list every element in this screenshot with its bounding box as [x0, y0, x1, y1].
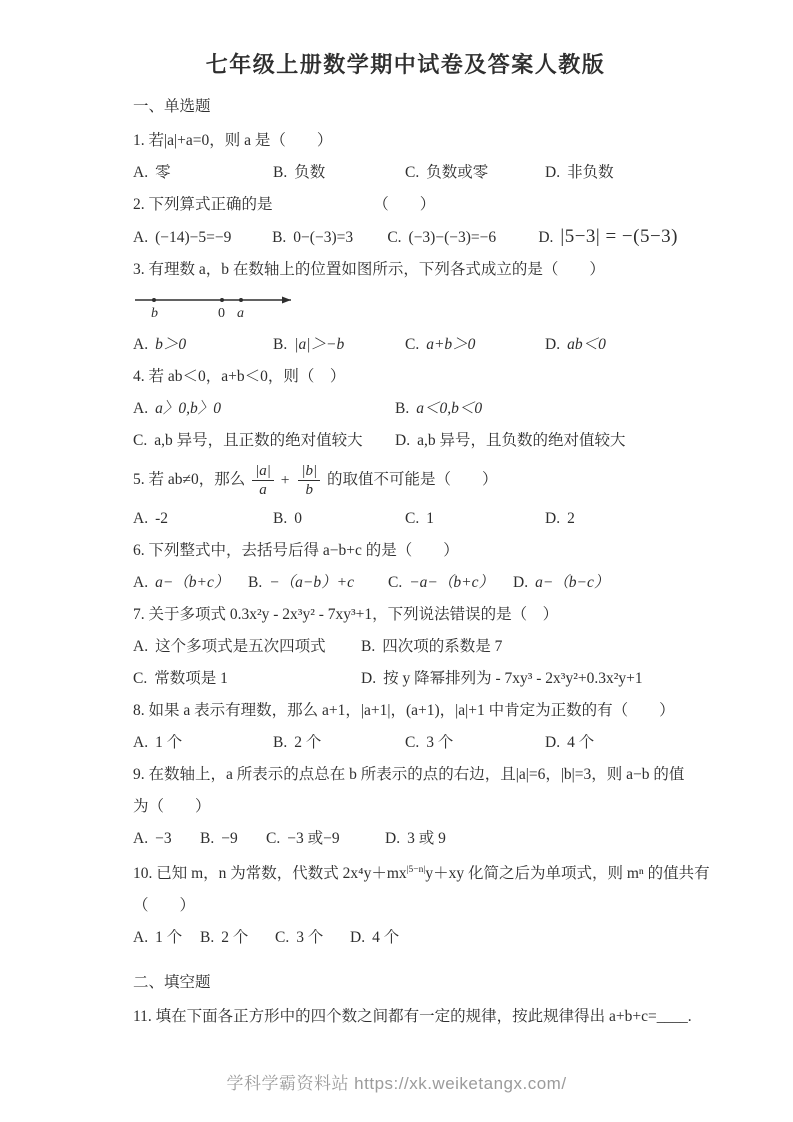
question-10-option-b: B.2 个: [200, 927, 275, 948]
question-10-option-c: C.3 个: [275, 927, 350, 948]
question-5-stem: 5. 若 ab≠0，那么 |a|a + |b|b 的取值不可能是（ ）: [133, 462, 678, 499]
question-10-options: A.1 个 B.2 个 C.3 个 D.4 个: [133, 927, 678, 948]
question-3-option-d: D.ab＜0: [545, 334, 606, 355]
question-7-option-c: C.常数项是 1: [133, 668, 361, 689]
question-3-stem: 3. 有理数 a，b 在数轴上的位置如图所示，下列各式成立的是（ ）: [133, 259, 678, 280]
question-1-option-b: B.负数: [273, 162, 405, 183]
question-5-stem-post: 的取值不可能是（ ）: [327, 471, 498, 488]
question-7-option-d: D.按 y 降幂排列为 - 7xy³ - 2x³y²+0.3x²y+1: [361, 668, 643, 689]
question-5-option-c: C.1: [405, 508, 545, 529]
question-6-option-d: D.a−（b−c）: [513, 572, 609, 593]
number-line-svg: b 0 a: [133, 291, 303, 321]
question-10-option-d: D.4 个: [350, 927, 399, 948]
exam-paper-page: 七年级上册数学期中试卷及答案人教版 一、单选题 1. 若|a|+a=0，则 a …: [0, 0, 793, 1122]
section-heading-single-choice: 一、单选题: [133, 96, 678, 117]
question-4-option-c: C.a,b 异号，且正数的绝对值较大: [133, 430, 395, 451]
question-2-option-c: C.(−3)−(−3)=−6: [387, 227, 538, 248]
question-6-options: A.a−（b+c） B.−（a−b）+c C.−a−（b+c） D.a−（b−c…: [133, 572, 678, 593]
question-1-options: A.零 B.负数 C.负数或零 D.非负数: [133, 162, 678, 183]
number-line-figure: b 0 a: [133, 291, 678, 321]
question-10-exponent: |5−n|: [407, 865, 426, 875]
question-10-stem-line-1: 10. 已知 m，n 为常数，代数式 2x⁴y＋mx|5−n|y＋xy 化简之后…: [133, 860, 678, 884]
question-10-stem-line-2: （ ）: [133, 895, 678, 916]
question-1-stem: 1. 若|a|+a=0，则 a 是（ ）: [133, 130, 678, 151]
question-2-stem: 2. 下列算式正确的是 （ ）: [133, 194, 678, 215]
question-10-option-a: A.1 个: [133, 927, 200, 948]
question-5-options: A.-2 B.0 C.1 D.2: [133, 508, 678, 529]
question-6-option-b: B.−（a−b）+c: [248, 572, 388, 593]
page-title: 七年级上册数学期中试卷及答案人教版: [133, 50, 678, 80]
number-line-label-b: b: [151, 306, 158, 321]
page-footer: 学科学霸资料站 https://xk.weiketangx.com/: [0, 1069, 793, 1094]
question-8-option-d: D.4 个: [545, 732, 594, 753]
question-10-stem-post: y＋xy 化简之后为单项式，则 mⁿ 的值共有: [425, 865, 709, 882]
question-3-options: A.b＞0 B.|a|＞−b C.a+b＞0 D.ab＜0: [133, 334, 678, 355]
paper-content: 七年级上册数学期中试卷及答案人教版 一、单选题 1. 若|a|+a=0，则 a …: [0, 0, 793, 1027]
question-9-option-b: B.−9: [200, 828, 266, 849]
question-8-option-c: C.3 个: [405, 732, 545, 753]
question-7-options-row-2: C.常数项是 1 D.按 y 降幂排列为 - 7xy³ - 2x³y²+0.3x…: [133, 668, 678, 689]
question-2-options: A.(−14)−5=−9 B.0−(−3)=3 C.(−3)−(−3)=−6 D…: [133, 226, 678, 248]
question-5-option-b: B.0: [273, 508, 405, 529]
question-3-option-b: B.|a|＞−b: [273, 334, 405, 355]
question-2-option-b: B.0−(−3)=3: [272, 227, 387, 248]
question-5-option-d: D.2: [545, 508, 575, 529]
question-6-option-a: A.a−（b+c）: [133, 572, 248, 593]
question-4-option-a: A.a〉0,b〉0: [133, 398, 395, 419]
section-heading-fill-in-blank: 二、填空题: [133, 972, 678, 993]
question-8-option-a: A.1 个: [133, 732, 273, 753]
question-6-stem: 6. 下列整式中，去括号后得 a−b+c 的是（ ）: [133, 540, 678, 561]
number-line-arrow: [282, 297, 291, 304]
question-7-stem: 7. 关于多项式 0.3x²y - 2x³y² - 7xy³+1，下列说法错误的…: [133, 604, 678, 625]
question-8-options: A.1 个 B.2 个 C.3 个 D.4 个: [133, 732, 678, 753]
question-5-option-a: A.-2: [133, 508, 273, 529]
number-line-label-a: a: [237, 306, 244, 321]
question-8-stem: 8. 如果 a 表示有理数，那么 a+1，|a+1|，(a+1)，|a|+1 中…: [133, 700, 678, 721]
question-1-option-c: C.负数或零: [405, 162, 545, 183]
question-11-stem: 11. 填在下面各正方形中的四个数之间都有一定的规律，按此规律得出 a+b+c=…: [133, 1006, 678, 1027]
question-8-option-b: B.2 个: [273, 732, 405, 753]
question-1-option-a: A.零: [133, 162, 273, 183]
question-4-options-row-2: C.a,b 异号，且正数的绝对值较大 D.a,b 异号，且负数的绝对值较大: [133, 430, 678, 451]
plus-sign: +: [281, 472, 290, 489]
question-9-stem-line-2: 为（ ）: [133, 796, 678, 817]
question-4-stem: 4. 若 ab＜0，a+b＜0，则（ ）: [133, 366, 678, 387]
question-9-option-a: A.−3: [133, 828, 200, 849]
question-7-option-b: B.四次项的系数是 7: [361, 636, 502, 657]
question-9-options: A.−3 B.−9 C.−3 或−9 D.3 或 9: [133, 828, 678, 849]
question-7-options-row-1: A.这个多项式是五次四项式 B.四次项的系数是 7: [133, 636, 678, 657]
question-4-option-d: D.a,b 异号，且负数的绝对值较大: [395, 430, 625, 451]
question-3-option-c: C.a+b＞0: [405, 334, 545, 355]
question-2-option-d: D.|5−3| = −(5−3): [538, 226, 678, 248]
question-1-option-d: D.非负数: [545, 162, 614, 183]
question-2-option-a: A.(−14)−5=−9: [133, 227, 272, 248]
question-9-option-d: D.3 或 9: [385, 828, 446, 849]
question-4-options-row-1: A.a〉0,b〉0 B.a＜0,b＜0: [133, 398, 678, 419]
fraction-abs-b-over-b: |b|b: [298, 462, 320, 499]
question-7-option-a: A.这个多项式是五次四项式: [133, 636, 361, 657]
question-9-option-c: C.−3 或−9: [266, 828, 385, 849]
question-3-option-a: A.b＞0: [133, 334, 273, 355]
question-9-stem-line-1: 9. 在数轴上，a 所表示的点总在 b 所表示的点的右边，且|a|=6，|b|=…: [133, 764, 678, 785]
fraction-abs-a-over-a: |a|a: [252, 462, 274, 499]
question-4-option-b: B.a＜0,b＜0: [395, 398, 482, 419]
question-10-stem-pre: 10. 已知 m，n 为常数，代数式 2x⁴y＋mx: [133, 865, 407, 882]
question-5-stem-pre: 5. 若 ab≠0，那么: [133, 471, 245, 488]
number-line-label-zero: 0: [218, 306, 225, 321]
question-6-option-c: C.−a−（b+c）: [388, 572, 513, 593]
